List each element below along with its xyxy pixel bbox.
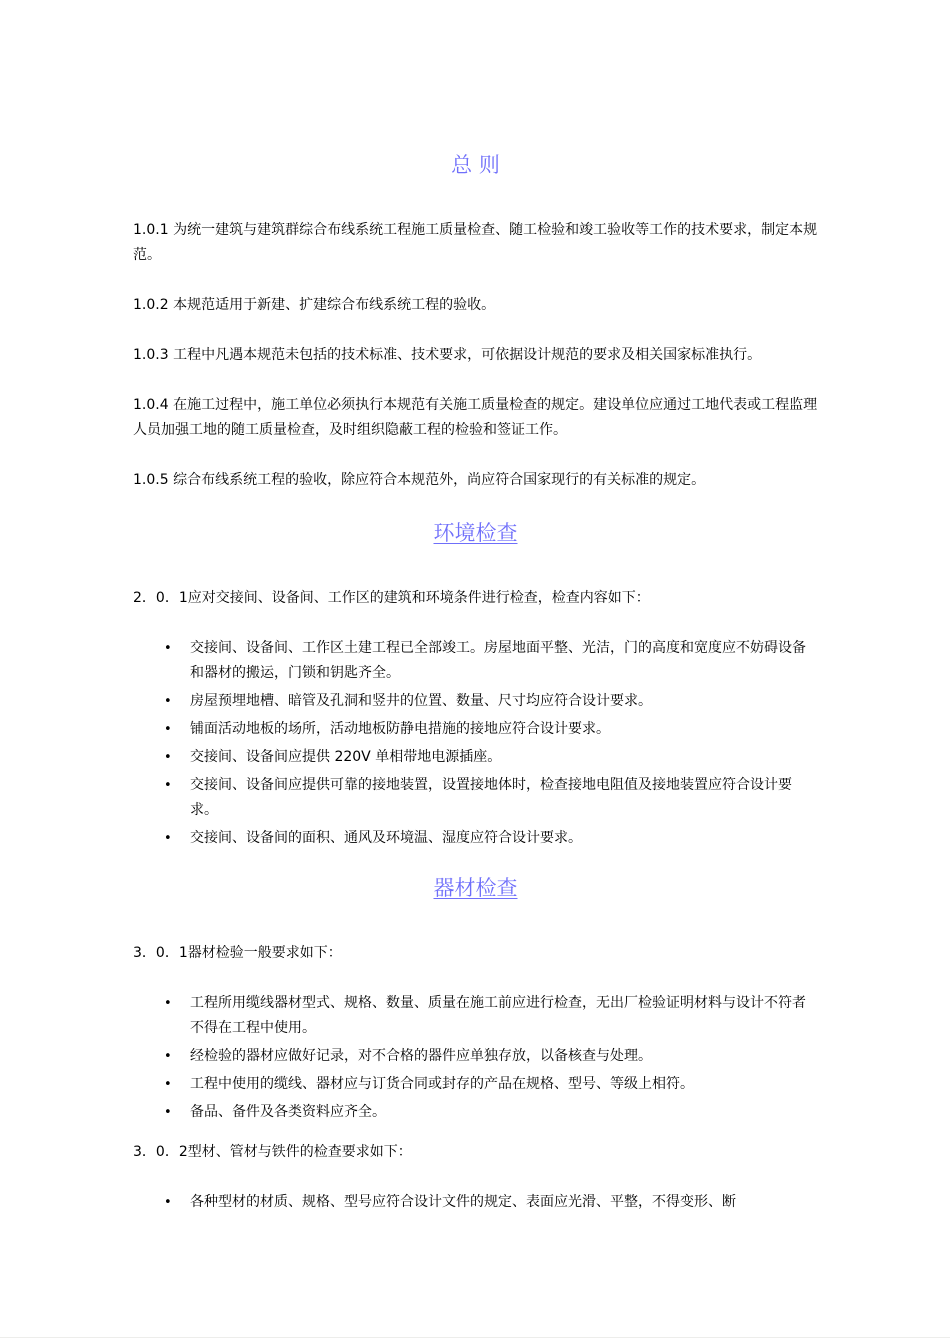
bullet-text: 交接间、设备间的面积、通风及环境温、湿度应符合设计要求。 <box>190 830 582 846</box>
bullet-item: •备品、备件及各类资料应齐全。 <box>133 1100 818 1125</box>
bullet-item: •各种型材的材质、规格、型号应符合设计文件的规定、表面应光滑、平整，不得变形、断 <box>133 1190 818 1215</box>
paragraph: 1.0.2 本规范适用于新建、扩建综合布线系统工程的验收。 <box>133 293 818 318</box>
bullet-item: •交接间、设备间应提供 220V 单相带地电源插座。 <box>133 745 818 770</box>
bullet-marker-icon: • <box>164 1100 172 1125</box>
paragraph: 1.0.1 为统一建筑与建筑群综合布线系统工程施工质量检查、随工检验和竣工验收等… <box>133 218 818 268</box>
bullet-marker-icon: • <box>164 1072 172 1097</box>
bullet-marker-icon: • <box>164 1044 172 1069</box>
bullet-item: •经检验的器材应做好记录，对不合格的器件应单独存放，以备核查与处理。 <box>133 1044 818 1069</box>
bullet-text: 房屋预埋地槽、暗管及孔洞和竖井的位置、数量、尺寸均应符合设计要求。 <box>190 693 652 709</box>
bullet-marker-icon: • <box>164 773 172 798</box>
document-content: 总 则1.0.1 为统一建筑与建筑群综合布线系统工程施工质量检查、随工检验和竣工… <box>133 150 818 1215</box>
bullet-text: 各种型材的材质、规格、型号应符合设计文件的规定、表面应光滑、平整，不得变形、断 <box>190 1194 736 1210</box>
paragraph: 2．0．1应对交接间、设备间、工作区的建筑和环境条件进行检查，检查内容如下： <box>133 586 818 611</box>
bullet-item: •铺面活动地板的场所，活动地板防静电措施的接地应符合设计要求。 <box>133 717 818 742</box>
bullet-list: •交接间、设备间、工作区土建工程已全部竣工。房屋地面平整、光洁，门的高度和宽度应… <box>133 636 818 851</box>
section-title: 总 则 <box>133 150 818 180</box>
bullet-text: 铺面活动地板的场所，活动地板防静电措施的接地应符合设计要求。 <box>190 721 610 737</box>
bullet-list: •各种型材的材质、规格、型号应符合设计文件的规定、表面应光滑、平整，不得变形、断 <box>133 1190 818 1215</box>
section-title: 器材检查 <box>133 873 818 903</box>
paragraph: 1.0.3 工程中凡遇本规范未包括的技术标准、技术要求，可依据设计规范的要求及相… <box>133 343 818 368</box>
section-title: 环境检查 <box>133 518 818 548</box>
bullet-text: 工程中使用的缆线、器材应与订货合同或封存的产品在规格、型号、等级上相符。 <box>190 1076 694 1092</box>
bullet-text: 备品、备件及各类资料应齐全。 <box>190 1104 386 1120</box>
bullet-marker-icon: • <box>164 689 172 714</box>
paragraph: 1.0.5 综合布线系统工程的验收，除应符合本规范外，尚应符合国家现行的有关标准… <box>133 468 818 493</box>
bullet-text: 工程所用缆线器材型式、规格、数量、质量在施工前应进行检查，无出厂检验证明材料与设… <box>190 995 806 1036</box>
bullet-text: 交接间、设备间、工作区土建工程已全部竣工。房屋地面平整、光洁，门的高度和宽度应不… <box>190 640 806 681</box>
bullet-marker-icon: • <box>164 717 172 742</box>
bullet-marker-icon: • <box>164 745 172 770</box>
bullet-marker-icon: • <box>164 991 172 1016</box>
paragraph: 3．0．2型材、管材与铁件的检查要求如下： <box>133 1140 818 1165</box>
bullet-marker-icon: • <box>164 636 172 661</box>
bullet-item: •交接间、设备间应提供可靠的接地装置，设置接地体时，检查接地电阻值及接地装置应符… <box>133 773 818 823</box>
page-bottom-rule <box>0 1337 950 1338</box>
document-page: 总 则1.0.1 为统一建筑与建筑群综合布线系统工程施工质量检查、随工检验和竣工… <box>0 0 950 1341</box>
paragraph: 3．0．1器材检验一般要求如下： <box>133 941 818 966</box>
bullet-marker-icon: • <box>164 1190 172 1215</box>
bullet-text: 经检验的器材应做好记录，对不合格的器件应单独存放，以备核查与处理。 <box>190 1048 652 1064</box>
bullet-item: •工程中使用的缆线、器材应与订货合同或封存的产品在规格、型号、等级上相符。 <box>133 1072 818 1097</box>
bullet-item: •工程所用缆线器材型式、规格、数量、质量在施工前应进行检查，无出厂检验证明材料与… <box>133 991 818 1041</box>
paragraph: 1.0.4 在施工过程中，施工单位必须执行本规范有关施工质量检查的规定。建设单位… <box>133 393 818 443</box>
bullet-text: 交接间、设备间应提供可靠的接地装置，设置接地体时，检查接地电阻值及接地装置应符合… <box>190 777 792 818</box>
bullet-list: •工程所用缆线器材型式、规格、数量、质量在施工前应进行检查，无出厂检验证明材料与… <box>133 991 818 1125</box>
bullet-item: •房屋预埋地槽、暗管及孔洞和竖井的位置、数量、尺寸均应符合设计要求。 <box>133 689 818 714</box>
bullet-item: •交接间、设备间的面积、通风及环境温、湿度应符合设计要求。 <box>133 826 818 851</box>
bullet-marker-icon: • <box>164 826 172 851</box>
bullet-text: 交接间、设备间应提供 220V 单相带地电源插座。 <box>190 749 501 765</box>
bullet-item: •交接间、设备间、工作区土建工程已全部竣工。房屋地面平整、光洁，门的高度和宽度应… <box>133 636 818 686</box>
